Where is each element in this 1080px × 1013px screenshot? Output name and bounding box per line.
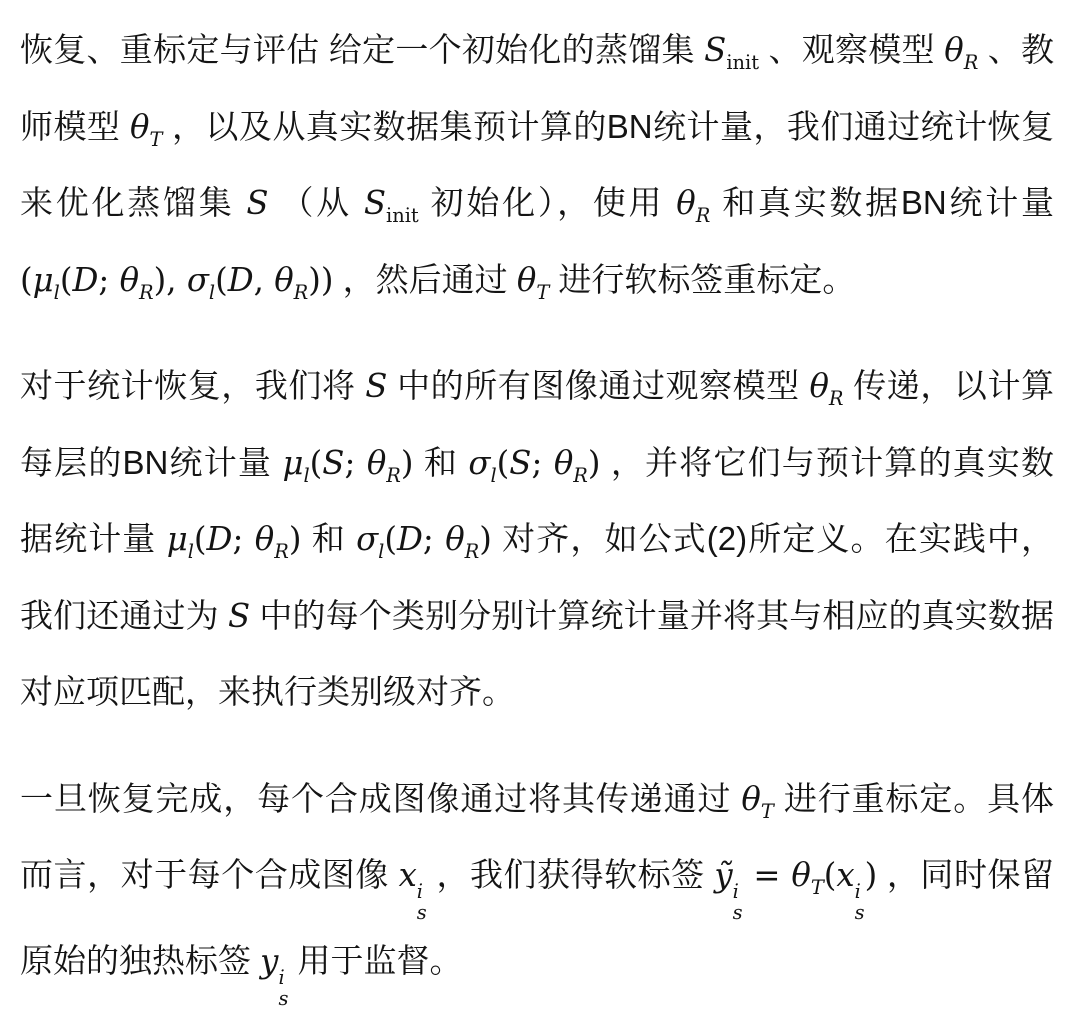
text-run: 用于监督。: [288, 942, 462, 979]
paragraph-recover-relabel-evaluate: 恢复、重标定与评估 给定一个初始化的蒸馏集 Sinit 、观察模型 θR 、教师…: [20, 12, 1054, 318]
math-expression: σl(S; θR): [468, 444, 600, 482]
math-atom: S: [322, 444, 344, 482]
math-expression: θR: [809, 367, 843, 405]
math-atom: (: [194, 520, 207, 558]
math-atom: θT: [517, 261, 549, 299]
math-atom: θR: [120, 261, 154, 299]
math-atom: S: [228, 597, 250, 635]
math-expression: S: [228, 597, 250, 635]
math-atom: ): [479, 520, 492, 558]
text-run: 进行软标签重标定。: [549, 261, 855, 298]
math-atom: θR: [367, 444, 401, 482]
math-atom: ),: [154, 261, 187, 299]
math-atom: (: [310, 444, 323, 482]
math-atom: ): [401, 444, 414, 482]
math-atom: σl: [468, 444, 496, 482]
math-atom: yis: [260, 942, 288, 980]
math-atom: θT: [791, 856, 823, 894]
text-run: （从: [269, 184, 364, 221]
math-expression: θT: [130, 108, 162, 146]
text-run: 、观察模型: [759, 31, 944, 68]
math-atom: θR: [445, 520, 479, 558]
math-atom: ): [588, 444, 601, 482]
math-atom: S: [509, 444, 531, 482]
math-expression: ỹis = θT(xis): [714, 856, 877, 894]
math-atom: ỹis: [714, 856, 742, 894]
document-body: 恢复、重标定与评估 给定一个初始化的蒸馏集 Sinit 、观察模型 θR 、教师…: [0, 0, 1080, 1009]
math-atom: Sinit: [704, 31, 759, 69]
math-atom: σl: [356, 520, 384, 558]
math-atom: θR: [809, 367, 843, 405]
math-atom: ;: [423, 520, 445, 558]
math-expression: σl(D; θR): [356, 520, 492, 558]
math-atom: =: [743, 856, 792, 894]
text-run: 和: [301, 520, 356, 557]
text-run: 和: [414, 444, 469, 481]
math-expression: θR: [944, 31, 978, 69]
math-atom: D: [207, 520, 233, 558]
math-atom: θR: [676, 184, 710, 222]
math-expression: yis: [260, 942, 288, 980]
paragraph-statistical-recovery: 对于统计恢复，我们将 S 中的所有图像通过观察模型 θR 传递，以计算每层的BN…: [20, 348, 1054, 731]
math-atom: ): [865, 856, 878, 894]
math-atom: μl: [282, 444, 309, 482]
math-atom: D: [72, 261, 98, 299]
math-atom: θR: [274, 261, 308, 299]
math-atom: θR: [944, 31, 978, 69]
text-run: ，然后通过: [334, 261, 517, 298]
math-atom: S: [246, 184, 268, 222]
text-run: 对于统计恢复，我们将: [20, 367, 365, 404]
math-expression: θT: [741, 780, 773, 818]
math-atom: (: [384, 520, 397, 558]
math-atom: ;: [232, 520, 254, 558]
math-atom: σl: [187, 261, 215, 299]
math-atom: μl: [33, 261, 60, 299]
math-atom: xis: [399, 856, 427, 894]
math-expression: (μl(D; θR), σl(D, θR)): [20, 261, 334, 299]
math-atom: )): [308, 261, 333, 299]
math-atom: Sinit: [364, 184, 419, 222]
math-atom: θR: [554, 444, 588, 482]
math-atom: xis: [836, 856, 864, 894]
math-expression: μl(D; θR): [167, 520, 302, 558]
math-atom: (: [215, 261, 228, 299]
math-atom: (: [497, 444, 510, 482]
math-atom: (: [824, 856, 837, 894]
text-run: 初始化），使用: [419, 184, 677, 221]
math-atom: ;: [98, 261, 119, 299]
text-run: 恢复、重标定与评估 给定一个初始化的蒸馏集: [20, 31, 704, 68]
text-run: 和真实数据BN统计量: [710, 184, 1054, 221]
math-expression: Sinit: [364, 184, 419, 222]
math-atom: θR: [255, 520, 289, 558]
math-atom: (: [20, 261, 33, 299]
math-expression: S: [365, 367, 387, 405]
math-atom: ,: [254, 261, 275, 299]
math-atom: θT: [130, 108, 162, 146]
paragraph-relabeling: 一旦恢复完成，每个合成图像通过将其传递通过 θT 进行重标定。具体而言，对于每个…: [20, 761, 1054, 1009]
math-atom: ;: [531, 444, 553, 482]
text-run: 一旦恢复完成，每个合成图像通过将其传递通过: [20, 780, 741, 817]
math-atom: (: [60, 261, 73, 299]
math-atom: θT: [741, 780, 773, 818]
math-expression: S: [246, 184, 268, 222]
math-atom: D: [397, 520, 423, 558]
text-run: ，我们获得软标签: [427, 856, 715, 893]
text-run: 中的所有图像通过观察模型: [387, 367, 809, 404]
math-expression: θR: [676, 184, 710, 222]
math-atom: μl: [167, 520, 194, 558]
math-expression: θT: [517, 261, 549, 299]
math-expression: Sinit: [704, 31, 759, 69]
math-atom: S: [365, 367, 387, 405]
math-atom: D: [228, 261, 254, 299]
math-expression: xis: [399, 856, 427, 894]
math-atom: ): [289, 520, 302, 558]
math-expression: μl(S; θR): [282, 444, 413, 482]
math-atom: ;: [344, 444, 366, 482]
